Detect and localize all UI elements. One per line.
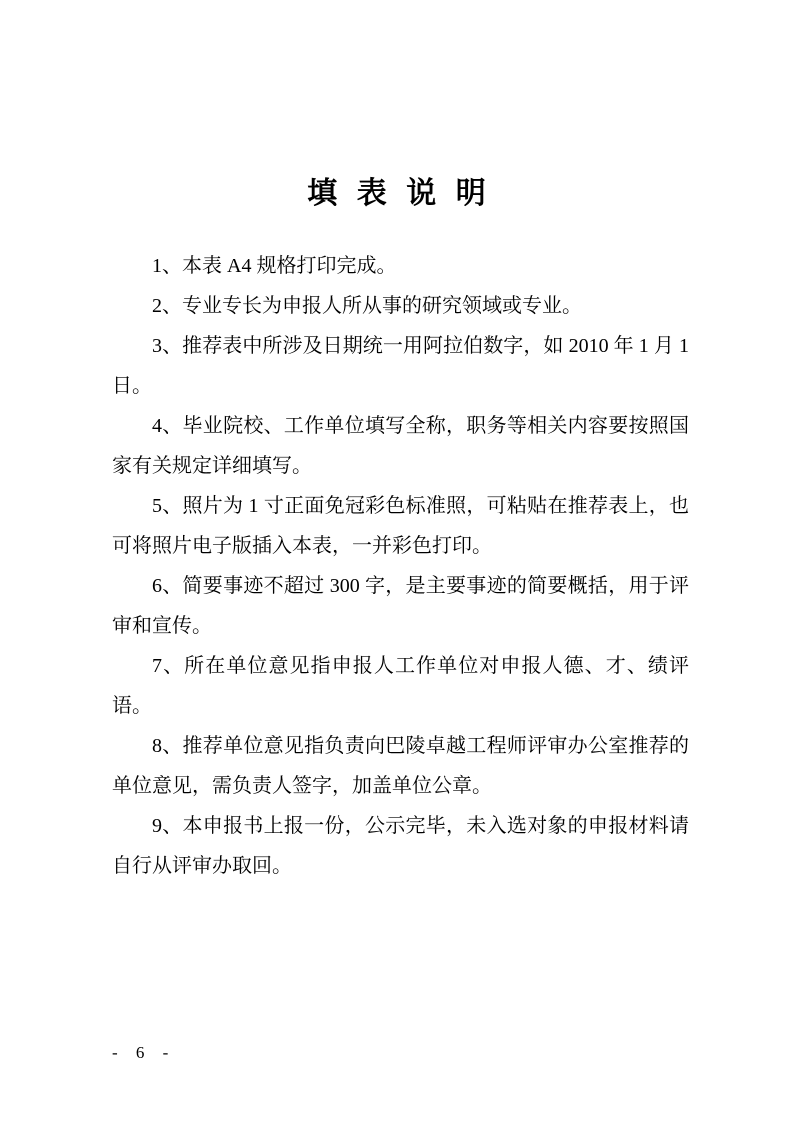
instructions-list: 1、本表 A4 规格打印完成。 2、专业专长为申报人所从事的研究领域或专业。 3… bbox=[112, 246, 689, 886]
instruction-item-7: 7、所在单位意见指申报人工作单位对申报人德、才、绩评语。 bbox=[112, 646, 689, 726]
instruction-item-1: 1、本表 A4 规格打印完成。 bbox=[112, 246, 689, 286]
instruction-item-9: 9、本申报书上报一份，公示完毕，未入选对象的申报材料请自行从评审办取回。 bbox=[112, 806, 689, 886]
page-title: 填 表 说 明 bbox=[0, 168, 793, 212]
instruction-item-5: 5、照片为 1 寸正面免冠彩色标准照，可粘贴在推荐表上，也可将照片电子版插入本表… bbox=[112, 486, 689, 566]
instruction-item-6: 6、简要事迹不超过 300 字，是主要事迹的简要概括，用于评审和宣传。 bbox=[112, 566, 689, 646]
instruction-item-8: 8、推荐单位意见指负责向巴陵卓越工程师评审办公室推荐的单位意见，需负责人签字，加… bbox=[112, 726, 689, 806]
page-number: - 6 - bbox=[112, 1043, 175, 1063]
instruction-item-3: 3、推荐表中所涉及日期统一用阿拉伯数字，如 2010 年 1 月 1 日。 bbox=[112, 326, 689, 406]
document-page: 填 表 说 明 1、本表 A4 规格打印完成。 2、专业专长为申报人所从事的研究… bbox=[0, 0, 793, 1122]
instruction-item-2: 2、专业专长为申报人所从事的研究领域或专业。 bbox=[112, 286, 689, 326]
instruction-item-4: 4、毕业院校、工作单位填写全称，职务等相关内容要按照国家有关规定详细填写。 bbox=[112, 406, 689, 486]
